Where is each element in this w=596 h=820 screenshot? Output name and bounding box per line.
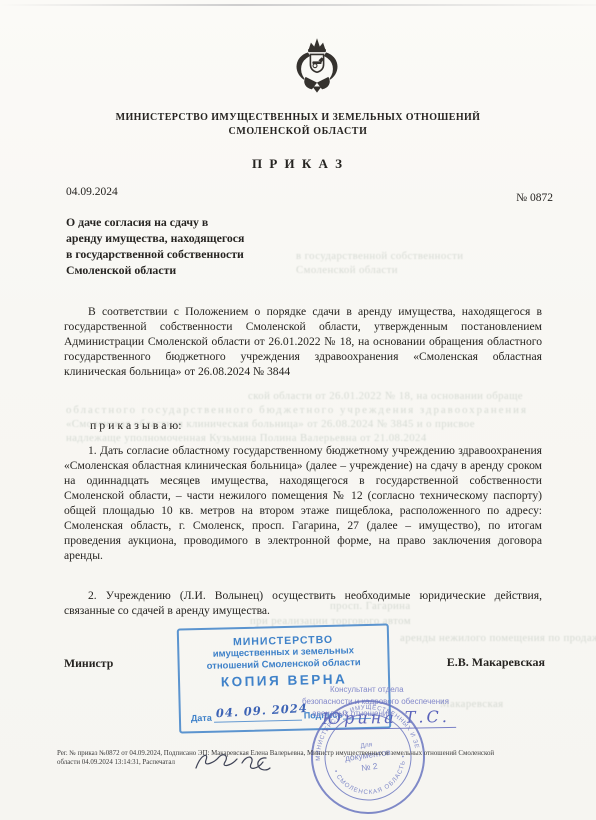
document-type-title: П Р И К А З (0, 156, 596, 172)
order-item-1: 1. Дать согласие областному государствен… (64, 443, 542, 563)
ghost-text: ской области от 26.01.2022 № 18, на осно… (248, 390, 523, 402)
scan-artifact-line (0, 4, 596, 6)
subject-line: Смоленской области (66, 262, 244, 278)
order-word: п р и к а з ы в а ю: (90, 418, 182, 433)
handwritten-date: 04. 09. 2024 (215, 701, 308, 720)
registration-footer: Рег. № приказ №0872 от 04.09.2024, Подпи… (57, 749, 543, 767)
handwritten-signature-icon (192, 749, 282, 777)
ghost-text: аренды нежилого помещения по продаже гот… (400, 632, 596, 644)
subject-line: О даче согласия на сдачу в (66, 214, 244, 230)
ghost-text: областного государственного бюджетного у… (66, 404, 528, 416)
document-subject: О даче согласия на сдачу в аренду имущес… (66, 214, 244, 278)
footer-line1: Рег. № приказ №0872 от 04.09.2024, Подпи… (57, 749, 543, 758)
order-item-2: 2. Учреждению (Л.И. Волынец) осуществить… (64, 588, 542, 618)
smolensk-coat-of-arms-icon (284, 34, 350, 100)
footer-line2: области 04.09.2024 13:14:31, Распечатал (57, 758, 543, 767)
intro-paragraph: В соответствии с Положением о порядке сд… (64, 304, 542, 379)
signer-name: Е.В. Макаревская (447, 655, 545, 670)
stamp-date-label: Дата (191, 713, 212, 724)
document-date: 04.09.2024 (66, 186, 118, 198)
certifier-title-line: Консультант отдела (296, 684, 466, 696)
subject-line: в государственной собственности (66, 246, 244, 262)
ministry-name-line2: СМОЛЕНСКОЙ ОБЛАСТИ (0, 126, 596, 137)
document-number: № 0872 (516, 192, 553, 204)
ghost-text: в государственной собственности (296, 250, 463, 262)
scanned-order-document: в государственной собственности Смоленск… (0, 0, 596, 820)
ministry-name-line1: МИНИСТЕРСТВО ИМУЩЕСТВЕННЫХ И ЗЕМЕЛЬНЫХ О… (0, 112, 596, 123)
ghost-text: Смоленской области (296, 264, 398, 276)
subject-line: аренду имущества, находящегося (66, 230, 244, 246)
signer-position: Министр (64, 656, 113, 671)
